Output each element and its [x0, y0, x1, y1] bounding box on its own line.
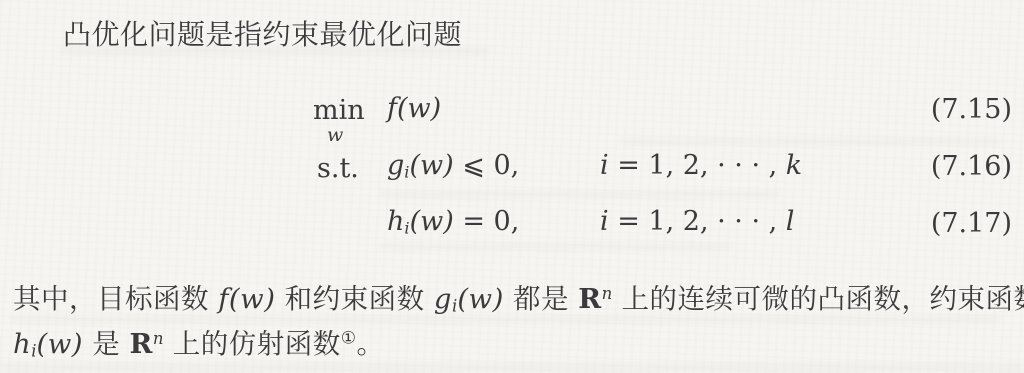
index-upper-bound: l: [786, 206, 795, 237]
index-var: i: [600, 150, 609, 181]
h-args: (w): [410, 206, 454, 237]
equals-zero: = 0,: [454, 206, 520, 237]
footnote-marker-1: ①: [341, 329, 357, 349]
text-lianxu-kewei: 上的连续可微的凸函数，约束函数: [612, 283, 1024, 315]
math-h-i: hi: [13, 328, 37, 360]
index-values: = 1, 2, · · · ,: [609, 150, 786, 181]
objective-function: f(w): [387, 93, 441, 124]
g-function: g: [387, 150, 404, 181]
index-range-k: i = 1, 2, · · · , k: [600, 150, 802, 181]
index-values: = 1, 2, · · · ,: [609, 206, 786, 237]
leq-zero: ⩽ 0,: [454, 150, 520, 181]
min-operator-subscript: w: [327, 124, 343, 146]
math-R-n: Rn: [129, 328, 163, 360]
inequality-constraint: gi(w) ⩽ 0,: [387, 150, 519, 182]
text-qizhong: 其中，目标函数: [13, 283, 218, 315]
text-doushi: 都是: [504, 283, 578, 315]
subject-to-label: s.t.: [317, 153, 359, 184]
book-page: 凸优化问题是指约束最优化问题 min w f(w) (7.15) s.t. gi…: [0, 0, 1024, 373]
text-he-yueshu-hanshu: 和约束函数: [275, 283, 433, 315]
equation-number-7-16: (7.16): [931, 151, 1012, 182]
math-g-i: gi: [434, 283, 457, 315]
scan-ghosting: [380, 191, 780, 198]
min-operator: min: [313, 95, 365, 126]
math-of-w: (w): [37, 328, 84, 360]
equation-number-7-17: (7.17): [931, 208, 1012, 239]
index-range-l: i = 1, 2, · · · , l: [600, 206, 794, 237]
intro-paragraph: 凸优化问题是指约束最优化问题: [63, 13, 462, 53]
text-shi: 是: [83, 328, 129, 360]
equation-number-7-15: (7.15): [931, 94, 1012, 125]
g-args: (w): [409, 150, 453, 181]
body-paragraph-line-1: 其中，目标函数 f(w) 和约束函数 gi(w) 都是 Rn 上的连续可微的凸函…: [13, 276, 1024, 316]
scan-ghosting: [380, 243, 730, 250]
text-fangshe-hanshu: 上的仿射函数: [163, 328, 340, 360]
scan-ghosting: [620, 138, 1000, 145]
text-period: 。: [357, 328, 385, 360]
index-var: i: [600, 206, 609, 237]
scan-ghosting: [0, 363, 1024, 372]
math-R-n: Rn: [578, 283, 612, 315]
math-of-w: (w): [457, 283, 504, 315]
index-upper-bound: k: [786, 150, 802, 181]
equality-constraint: hi(w) = 0,: [387, 206, 519, 238]
math-f-of-w: f(w): [218, 283, 275, 315]
h-function: h: [387, 206, 404, 237]
body-paragraph-line-2: hi(w) 是 Rn 上的仿射函数①。: [13, 321, 385, 361]
